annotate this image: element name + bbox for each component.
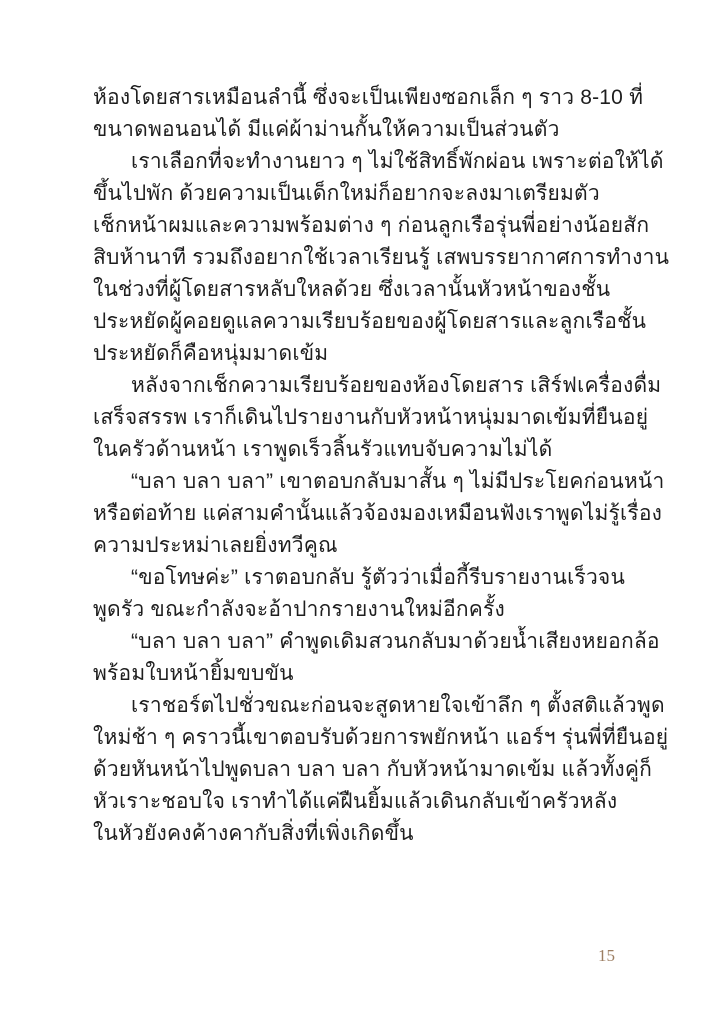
text-line: พูดรัว ขณะกำลังจะอ้าปากรายงานใหม่อีกครั้… [93,594,633,626]
text-line: ขนาดพอนอนได้ มีแค่ผ้าม่านกั้นให้ความเป็น… [93,114,633,146]
text-line: ด้วยหันหน้าไปพูดบลา บลา บลา กับหัวหน้ามา… [93,754,633,786]
text-line: หรือต่อท้าย แค่สามคำนั้นแล้วจ้องมองเหมือ… [93,498,633,530]
text-line: หัวเราะชอบใจ เราทำได้แค่ฝืนยิ้มแล้วเดินก… [93,786,633,818]
text-line: “ขอโทษค่ะ” เราตอบกลับ รู้ตัวว่าเมื่อกี้ร… [93,562,633,594]
text-line: “บลา บลา บลา” คำพูดเดิมสวนกลับมาด้วยน้ำเ… [93,626,633,658]
text-line: ห้องโดยสารเหมือนลำนี้ ซึ่งจะเป็นเพียงซอก… [93,82,633,114]
text-line: “บลา บลา บลา” เขาตอบกลับมาสั้น ๆ ไม่มีปร… [93,466,633,498]
text-block: ห้องโดยสารเหมือนลำนี้ ซึ่งจะเป็นเพียงซอก… [93,82,633,850]
text-line: เราเลือกที่จะทำงานยาว ๆ ไม่ใช้สิทธิ์พักผ… [93,146,633,178]
book-page: ห้องโดยสารเหมือนลำนี้ ซึ่งจะเป็นเพียงซอก… [0,0,711,1024]
text-line: ในครัวด้านหน้า เราพูดเร็วลิ้นรัวแทบจับคว… [93,434,633,466]
text-line: ใหม่ช้า ๆ คราวนี้เขาตอบรับด้วยการพยักหน้… [93,722,633,754]
text-line: ประหยัดก็คือหนุ่มมาดเข้ม [93,338,633,370]
text-line: สิบห้านาที รวมถึงอยากใช้เวลาเรียนรู้ เสพ… [93,242,633,274]
text-line: เราชอร์ตไปชั่วขณะก่อนจะสูดหายใจเข้าลึก ๆ… [93,690,633,722]
text-line: เช็กหน้าผมและความพร้อมต่าง ๆ ก่อนลูกเรือ… [93,210,633,242]
text-line: เสร็จสรรพ เราก็เดินไปรายงานกับหัวหน้าหนุ… [93,402,633,434]
text-line: ขึ้นไปพัก ด้วยความเป็นเด็กใหม่ก็อยากจะลง… [93,178,633,210]
text-line: ความประหม่าเลยยิ่งทวีคูณ [93,530,633,562]
page-number: 15 [598,946,615,966]
text-line: ประหยัดผู้คอยดูแลความเรียบร้อยของผู้โดยส… [93,306,633,338]
text-line: ในช่วงที่ผู้โดยสารหลับใหลด้วย ซึ่งเวลานั… [93,274,633,306]
text-line: ในหัวยังคงค้างคากับสิ่งที่เพิ่งเกิดขึ้น [93,818,633,850]
text-line: พร้อมใบหน้ายิ้มขบขัน [93,658,633,690]
text-line: หลังจากเช็กความเรียบร้อยของห้องโดยสาร เส… [93,370,633,402]
